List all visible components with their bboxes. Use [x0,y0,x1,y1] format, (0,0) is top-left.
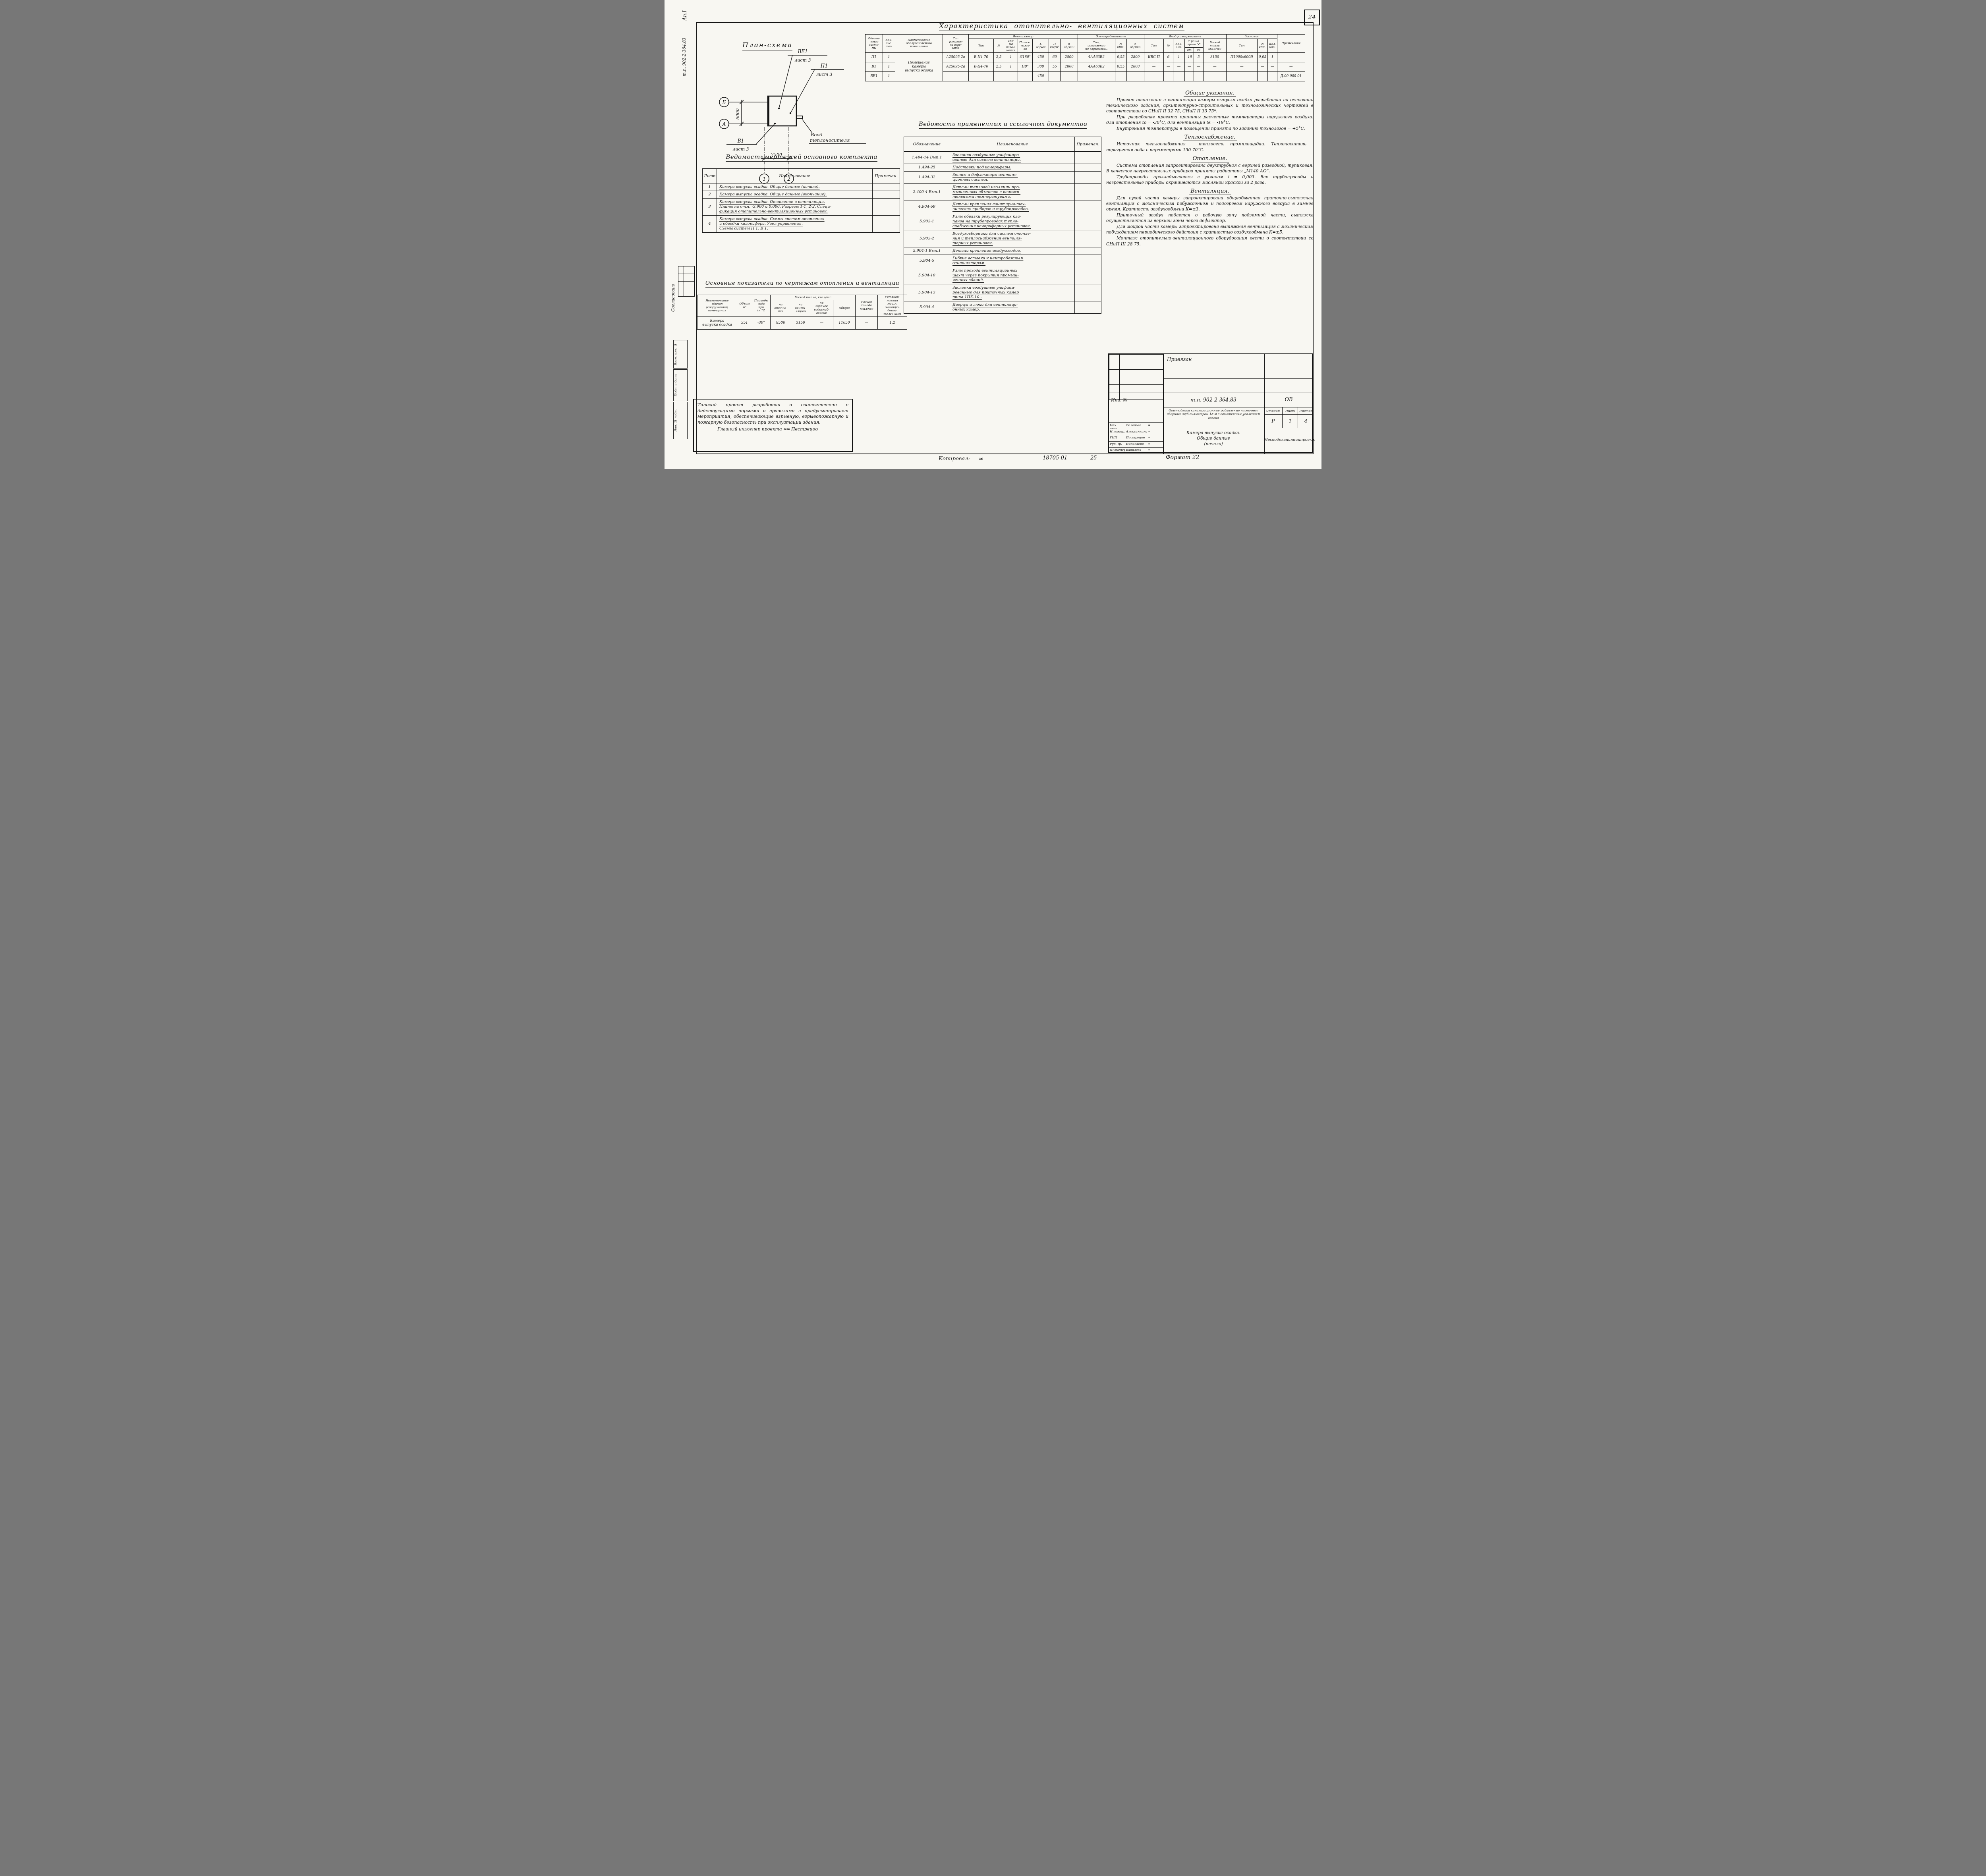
person-role: Рук. гр. [1109,441,1125,448]
margin-doc-code: т.п. 902-2-364.83 [682,27,687,87]
title-block: Инв. № Нач. отд.Соловьев≈Н.контр.Алексан… [1108,353,1313,453]
paragraph: Для сухой части камеры запроектирована о… [1106,195,1314,212]
section-heading: Вентиляция. [1106,188,1314,194]
indicators-table-body: Камера выпуска осадка351-30°85003150—116… [697,317,907,330]
svg-text:Б: Б [722,100,726,105]
paragraph: Внутренняя температура в помещении приня… [1106,126,1314,131]
person-role: Нач. отд. [1109,423,1125,429]
table-cell: 2,5 [993,62,1004,71]
list-value: 1 [1283,415,1298,428]
stamp-label: Инв. № подл. [674,402,687,439]
table-cell: 2.400-4 Вып.1 [904,183,950,201]
svg-text:ВЕ1: ВЕ1 [797,49,808,54]
table-cell: Д.00.000-01 [1277,71,1305,81]
table-cell: 2800 [1126,62,1144,71]
table-row: 1.494-14 Вып.1Заслонки воздушные унифици… [904,152,1101,164]
person-sign: ≈ [1147,435,1163,441]
table-row: 1Камера выпуска осадка. Общие данные (на… [703,183,900,191]
table-cell: 4 [703,215,717,232]
sheets-table-title: Ведомость чертежей основного комплекта [726,153,877,162]
person-name: Алексанкина [1125,429,1147,435]
table-cell [1194,71,1203,81]
page-number: 24 [1304,10,1320,25]
chief-engineer-signature: ≈≈ [783,427,790,432]
table-row: 5.904-13Заслонки воздушные унифици- рова… [904,284,1101,301]
table-cell: Камера выпуска осадка [697,317,737,330]
person-sign: ≈ [1147,423,1163,429]
table-cell [1075,213,1101,230]
table-cell: 55 [1049,62,1060,71]
table-cell: — [1226,62,1257,71]
table-cell: 1 [703,183,717,191]
table-cell: 0,05 [1257,52,1267,62]
table-cell: 1 [1004,52,1018,62]
table-cell: 0,55 [1115,62,1126,71]
revision-grid [1109,354,1163,400]
table-row: 2Камера выпуска осадка. Общие данные (ок… [703,191,900,198]
table-cell: А25095-2а [943,52,968,62]
table-cell: П1 [865,52,883,62]
table-cell [1075,164,1101,171]
table-row: 2.400-4 Вып.1Детали тепловой изоляции пр… [904,183,1101,201]
svg-text:теплоносителя: теплоносителя [810,137,850,143]
table-cell: 2800 [1061,62,1078,71]
sheets-title-wrap: Ведомость чертежей основного комплекта [702,153,901,160]
person-sign: ≈ [1147,447,1163,454]
table-row: 3Камера выпуска осадка. Отопление и вент… [703,198,900,215]
table-cell [1075,201,1101,213]
table-cell: Камера выпуска осадка. Общие данные (нач… [717,183,873,191]
sheets-table: Лист Наименование Примечан. 1Камера выпу… [702,168,900,233]
table-cell: 1 [883,62,895,71]
char-table-title: Характеристика отопительно- вентиляционн… [939,22,1184,31]
doc-code-cell: т.п. 902-2-364.83 [1163,392,1264,407]
sheets-table-body: 1Камера выпуска осадка. Общие данные (на… [703,183,900,233]
table-cell: 5.904-1 Вып.1 [904,247,950,255]
privyazan-cell: Привязан [1163,354,1314,379]
stamp-box-inv: Инв. № подл. [673,402,688,439]
table-cell: Подставки под калориферы. [950,164,1075,171]
table-row: 5.904-10Узлы прохода вентиляционных шахт… [904,267,1101,284]
table-cell: Заслонки воздушные унифици- рованные для… [950,284,1075,301]
list-label: Лист [1283,407,1298,415]
table-row: П11Помещение камеры выпуска осадкаА25095… [865,52,1305,62]
general-notes: Общие указания.Проект отопления и вентил… [1106,87,1314,247]
marka-cell: ОВ [1264,392,1314,407]
leader-ve1 [779,55,792,108]
sheet-title-cell: Камера выпуска осадка. Общие данные (нач… [1163,428,1264,454]
table-cell: В-Ц4-70 [968,62,993,71]
lists-value: 4 [1298,415,1314,428]
table-cell [1257,71,1267,81]
table-row: 5.904-1 Вып.1Детали крепления воздуховод… [904,247,1101,255]
table-cell: 5.903-1 [904,213,950,230]
table-row: 4Камера выпуска осадка. Схемы систем ото… [703,215,900,232]
person-name: Вавилова [1125,447,1147,454]
chamber-outline [768,96,796,126]
table-cell: Помещение камеры выпуска осадка [895,52,943,81]
titleblock-person-row: ИнженерВавилова≈ [1109,447,1163,454]
table-cell: 2,5 [993,52,1004,62]
table-cell: Камера выпуска осадка. Общие данные (око… [717,191,873,198]
table-cell [1075,183,1101,201]
table-cell: 1 [1004,62,1018,71]
table-row: 5.904-4Дверцы и люки для вентиляци- онны… [904,301,1101,313]
person-role: Инженер [1109,447,1125,454]
table-cell: -30° [752,317,771,330]
table-cell [873,183,900,191]
person-sign: ≈ [1147,429,1163,435]
inv-no-label: Инв. № [1109,395,1163,408]
person-sign: ≈ [1147,441,1163,448]
ind-table-title: Основные показатели по чертежам отоплени… [705,280,899,288]
table-cell: -19 [1185,52,1194,62]
table-cell: Л180° [1018,52,1033,62]
paragraph: Монтаж отопительно-вентиляционного обору… [1106,235,1314,247]
table-row: 5.903-2Воздухосборники для систем отопле… [904,230,1101,247]
table-row: 5.904-5Гибкие вставки к центробежным вен… [904,255,1101,267]
titleblock-person-row: Нач. отд.Соловьев≈ [1109,423,1163,429]
table-cell: П0° [1018,62,1033,71]
table-cell: В-Ц4-70 [968,52,993,62]
stamp-label: Подп. и дата [674,370,687,401]
table-cell [1049,71,1060,81]
paragraph: Источник теплоснабжения - теплосеть пром… [1106,141,1314,152]
table-cell: 2 [703,191,717,198]
paragraph: Система отопления запроектирована двухтр… [1106,163,1314,174]
people-rows: Нач. отд.Соловьев≈Н.контр.Алексанкина≈ГИ… [1109,423,1163,454]
table-cell [1144,71,1164,81]
table-cell: — [1185,62,1194,71]
table-cell [1164,71,1173,81]
table-cell: 3150 [791,317,810,330]
table-cell [1226,71,1257,81]
table-cell: Дверцы и люки для вентиляци- онных камер… [950,301,1075,313]
table-cell: КВС-П [1144,52,1164,62]
table-cell: 3 [703,198,717,215]
indicators-table: Наименование здания (сооружения) помещен… [697,295,907,330]
person-name: Соловьев [1125,423,1147,429]
table-cell: 8500 [771,317,791,330]
table-cell [1061,71,1078,81]
table-cell: 450 [1033,52,1049,62]
table-cell: А25095-2а [943,62,968,71]
stamp-box-vzam: Взам. инв. № [673,340,688,369]
project-name-cell: Отстойники канализационные радиальные пе… [1163,407,1264,428]
paragraph: Приточный воздух подается в рабочую зону… [1106,212,1314,224]
table-cell [1075,255,1101,267]
margin-agreed-label: Согласовано [671,267,676,328]
table-cell [1115,71,1126,81]
table-cell: 1.494-14 Вып.1 [904,152,950,164]
docs-table-title: Ведомость примененных и ссылочных докуме… [919,121,1087,129]
margin-corner-code: Ап.I [682,6,688,25]
paragraph: Проект отопления и вентиляции камеры вып… [1106,97,1314,114]
table-cell [1268,71,1277,81]
table-cell: 4АА63В2 [1078,62,1115,71]
leader-vvod [802,120,812,133]
table-cell [873,215,900,232]
table-row: Камера выпуска осадка351-30°85003150—116… [697,317,907,330]
table-cell: — [856,317,878,330]
table-cell [1078,71,1115,81]
svg-text:П1: П1 [820,63,828,69]
table-row: 5.903-1Узлы обвязки регулирующих кла- па… [904,213,1101,230]
table-row: 4.904-69Детали крепления санитарно-тех- … [904,201,1101,213]
paragraph: Для мокрой части камеры запроектирована … [1106,224,1314,235]
table-cell: — [810,317,833,330]
footer-code: 18705-01 [1043,455,1067,461]
stamp-box-podp: Подп. и дата [673,369,688,401]
table-cell: — [1194,62,1203,71]
docs-table-body: 1.494-14 Вып.1Заслонки воздушные унифици… [904,152,1101,314]
table-cell: — [1257,62,1267,71]
table-cell [1075,284,1101,301]
table-cell: — [1277,62,1305,71]
section-heading: Общие указания. [1106,90,1314,96]
typical-project-note: Типовой проект разработан в соответствии… [693,399,853,452]
typical-project-note-text: Типовой проект разработан в соответствии… [697,402,848,425]
svg-text:6000: 6000 [735,108,740,120]
table-cell: 5 [1194,52,1203,62]
organization-cell: Мосводоканалниипроект [1264,428,1314,454]
table-cell [1004,71,1018,81]
table-cell: Камера выпуска осадка. Отопление и венти… [717,198,873,215]
table-cell [1185,71,1194,81]
table-cell: 5.904-13 [904,284,950,301]
svg-text:лист 3: лист 3 [816,72,832,77]
table-cell: 6 [1164,52,1173,62]
table-cell [873,198,900,215]
table-cell [1075,267,1101,284]
table-cell: 5.904-4 [904,301,950,313]
agreed-signature-grid [678,266,695,297]
person-name: Николаева [1125,441,1147,448]
svg-text:Ввод: Ввод [810,132,822,137]
titleblock-person-row: ГИППестрецов≈ [1109,435,1163,442]
footer-num: 25 [1090,455,1097,461]
docs-title-wrap: Ведомость примененных и ссылочных докуме… [904,120,1102,127]
copied-signature: ≈ [978,455,983,462]
section-heading: Теплоснабжение. [1106,134,1314,140]
table-cell: Узлы прохода вентиляционных шахт через п… [950,267,1075,284]
char-table-head: Обозна- чение систе- мы Кол. сис- тем На… [865,35,1305,53]
table-cell: Зонты и дефлекторы вентиля- ционных сист… [950,171,1075,183]
table-cell: П1000х600Э [1226,52,1257,62]
char-table: Обозна- чение систе- мы Кол. сис- тем На… [865,34,1305,81]
titleblock-person-row: Рук. гр.Николаева≈ [1109,441,1163,448]
table-cell: — [1203,62,1226,71]
stamp-label: Взам. инв. № [674,340,687,368]
person-name: Пестрецов [1125,435,1147,441]
table-cell [1173,71,1184,81]
table-cell: — [1268,62,1277,71]
stage-value: Р [1264,415,1283,428]
table-cell: Детали крепления санитарно-тех- нических… [950,201,1075,213]
chief-engineer-label: Главный инженер проекта [717,427,782,432]
table-cell: 5.903-2 [904,230,950,247]
table-cell: — [1144,62,1164,71]
table-cell [1075,171,1101,183]
table-cell [1018,71,1033,81]
table-cell [993,71,1004,81]
footer-format: Формат 22 [1166,454,1200,461]
copied-label: Копировал: [939,456,970,462]
ind-title-wrap: Основные показатели по чертежам отоплени… [697,279,908,286]
table-cell: 0,55 [1115,52,1126,62]
table-cell: Узлы обвязки регулирующих кла- панов на … [950,213,1075,230]
table-cell: 1 [1268,52,1277,62]
table-cell [943,71,968,81]
table-cell: 450 [1033,71,1049,81]
table-cell: 5.904-5 [904,255,950,267]
table-cell: 2800 [1126,52,1144,62]
section-heading: Отопление. [1106,155,1314,162]
table-cell: Воздухосборники для систем отопле- ния и… [950,230,1075,247]
table-cell: ВЕ1 [865,71,883,81]
table-cell: 1.494-25 [904,164,950,171]
table-cell: 1 [883,71,895,81]
svg-text:В1: В1 [737,138,744,144]
paragraph: Трубопроводы прокладываются с уклоном i … [1106,174,1314,185]
table-cell [1075,247,1101,255]
docs-table: Обозначение Наименование Примечан. 1.494… [904,137,1101,314]
leader-v1 [756,124,775,145]
table-cell [968,71,993,81]
svg-text:лист 3: лист 3 [794,58,811,63]
table-cell: Детали тепловой изоляции про- мышленных … [950,183,1075,201]
table-cell [873,191,900,198]
table-cell [1075,152,1101,164]
table-cell: 1 [1173,52,1184,62]
table-cell: 1,2 [878,317,907,330]
lists-label: Листов [1298,407,1314,415]
table-row: 1.494-25Подставки под калориферы. [904,164,1101,171]
table-cell: 1 [883,52,895,62]
table-cell: 351 [737,317,752,330]
table-cell: Заслонки воздушные унифициро- ванные для… [950,152,1075,164]
table-cell: 3150 [1203,52,1226,62]
table-cell: — [1173,62,1184,71]
table-cell [1126,71,1144,81]
table-cell: В1 [865,62,883,71]
table-cell: — [1164,62,1173,71]
table-row: 1.494-32Зонты и дефлекторы вентиля- цион… [904,171,1101,183]
svg-text:лист 3: лист 3 [732,147,749,152]
stage-label: Стадия [1264,407,1283,415]
table-cell: Камера выпуска осадка. Схемы систем отоп… [717,215,873,232]
chief-engineer-name: Пестрецов [791,427,818,432]
table-cell [1203,71,1226,81]
table-cell: 11650 [833,317,856,330]
table-cell: 300 [1033,62,1049,71]
svg-text:А: А [722,122,726,127]
pipe-stub [796,116,802,119]
char-table-title-wrap: Характеристика отопительно- вентиляционн… [919,22,1205,30]
table-cell: 60 [1049,52,1060,62]
table-cell: Гибкие вставки к центробежным вентилятор… [950,255,1075,267]
char-table-body: П11Помещение камеры выпуска осадкаА25095… [865,52,1305,81]
table-cell: — [1277,52,1305,62]
drawing-sheet: 24 Ап.I т.п. 902-2-364.83 Согласовано Вз… [665,0,1321,469]
titleblock-person-row: Н.контр.Алексанкина≈ [1109,429,1163,436]
table-cell: 5.904-10 [904,267,950,284]
table-cell [1075,301,1101,313]
paragraph: При разработке проекта приняты расчетные… [1106,114,1314,125]
table-cell: Детали крепления воздуховодов. [950,247,1075,255]
table-cell: 4АА63В2 [1078,52,1115,62]
table-cell: 4.904-69 [904,201,950,213]
chief-engineer-line: Главный инженер проекта ≈≈ Пестрецов [697,427,848,432]
table-cell: 2800 [1061,52,1078,62]
person-role: Н.контр. [1109,429,1125,435]
leader-p1 [790,69,815,113]
table-cell: 1.494-32 [904,171,950,183]
table-cell [1075,230,1101,247]
person-role: ГИП [1109,435,1125,441]
